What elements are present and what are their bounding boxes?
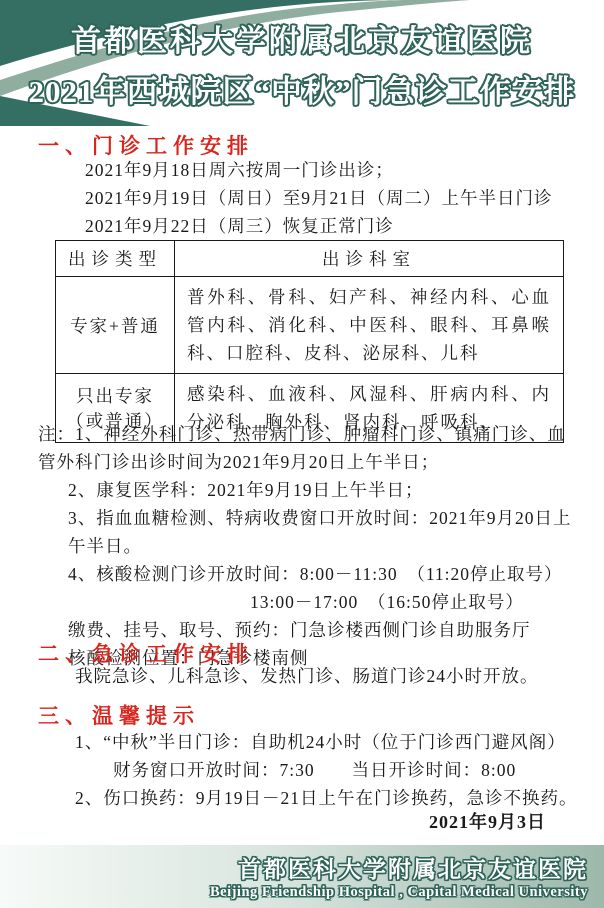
schedule-line: 2021年9月22日（周三）恢复正常门诊 <box>85 212 585 240</box>
footer-hospital-name-cn: 首都医科大学附属北京友谊医院 <box>0 851 588 884</box>
outpatient-schedule-lines: 2021年9月18日周六按周一门诊出诊； 2021年9月19日（周日）至9月21… <box>85 156 585 240</box>
section3-heading: 三、温馨提示 <box>38 700 200 730</box>
schedule-line: 2021年9月19日（周日）至9月21日（周二）上午半日门诊 <box>85 184 585 212</box>
notice-page: 首都医科大学附属北京友谊医院 2021年西城院区“中秋”门急诊工作安排 一、门诊… <box>0 0 604 908</box>
table-header-row: 出诊类型 出诊科室 <box>56 241 564 277</box>
tip-line: 1、“中秋”半日门诊：自助机24小时（位于门诊西门避风阁） <box>75 728 590 756</box>
notes-block: 注：1、神经外科门诊、热带病门诊、肿瘤科门诊、镇痛门诊、血管外科门诊出诊时间为2… <box>38 420 578 672</box>
note-line: 3、指血血糖检测、特病收费窗口开放时间：2021年9月20日上午半日。 <box>68 504 578 560</box>
column-header-type: 出诊类型 <box>56 241 175 277</box>
departments-cell: 普外科、骨科、妇产科、神经内科、心血管内科、消化科、中医科、眼科、耳鼻喉科、口腔… <box>175 277 564 374</box>
tip-line: 财务窗口开放时间：7:30 当日开诊时间：8:00 <box>113 756 590 784</box>
schedule-line: 2021年9月18日周六按周一门诊出诊； <box>85 156 585 184</box>
emergency-info: 我院急诊、儿科急诊、发热门诊、肠道门诊24小时开放。 <box>75 662 585 690</box>
footer-hospital-name-en: Beijing Friendship Hospital , Capital Me… <box>0 884 588 901</box>
column-header-dept: 出诊科室 <box>175 241 564 277</box>
note-line: 4、核酸检测门诊开放时间：8:00－11:30 （11:20停止取号） <box>68 560 578 588</box>
footer-banner: 首都医科大学附属北京友谊医院 Beijing Friendship Hospit… <box>0 845 604 908</box>
clinic-schedule-table: 出诊类型 出诊科室 专家+普通 普外科、骨科、妇产科、神经内科、心血管内科、消化… <box>55 240 564 443</box>
header-banner: 首都医科大学附属北京友谊医院 2021年西城院区“中秋”门急诊工作安排 <box>0 0 604 126</box>
table-row: 专家+普通 普外科、骨科、妇产科、神经内科、心血管内科、消化科、中医科、眼科、耳… <box>56 277 564 374</box>
note-line: 注：1、神经外科门诊、热带病门诊、肿瘤科门诊、镇痛门诊、血管外科门诊出诊时间为2… <box>38 420 578 476</box>
tips-block: 1、“中秋”半日门诊：自助机24小时（位于门诊西门避风阁） 财务窗口开放时间：7… <box>75 728 590 812</box>
notice-title: 2021年西城院区“中秋”门急诊工作安排 <box>0 66 604 111</box>
visit-type-cell: 专家+普通 <box>56 277 175 374</box>
note-line: 2、康复医学科：2021年9月19日上午半日； <box>68 476 578 504</box>
hospital-title: 首都医科大学附属北京友谊医院 <box>0 16 604 60</box>
note-line: 13:00－17:00 （16:50停止取号） <box>250 588 578 616</box>
issue-date: 2021年9月3日 <box>429 808 546 834</box>
